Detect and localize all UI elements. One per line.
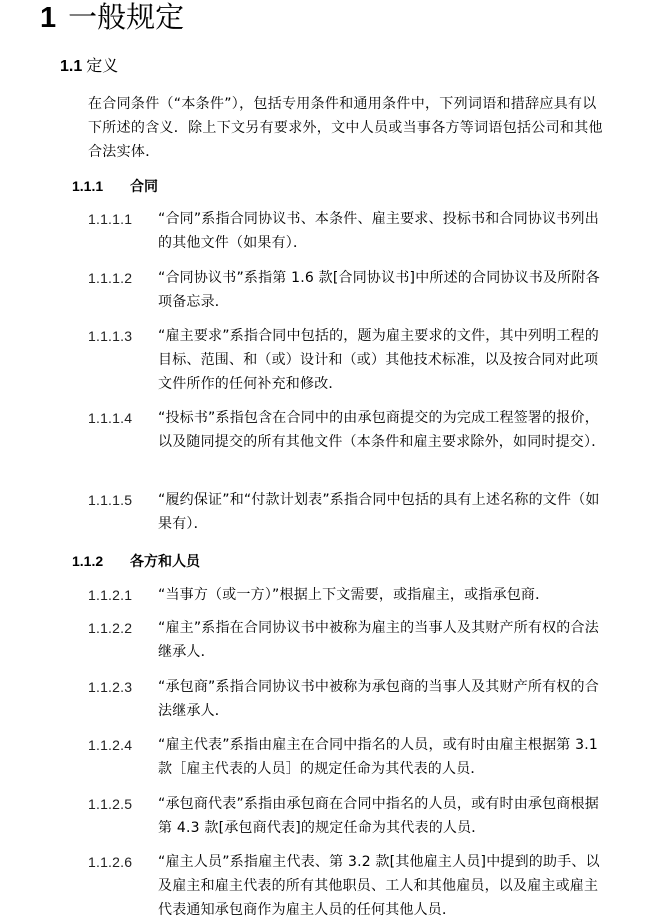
heading-2-title: 定义 (86, 56, 118, 75)
clause-item: 1.1.1.4 “投标书”系指包含在合同中的由承包商提交的为完成工程签署的报价，… (88, 406, 608, 454)
clause-number: 1.1.2.4 (88, 733, 158, 781)
clause-item: 1.1.1.1 “合同”系指合同协议书、本条件、雇主要求、投标书和合同协议书列出… (88, 207, 608, 255)
section-number: 1.1.1 (72, 176, 130, 196)
clause-text: “履约保证”和“付款计划表”系指合同中包括的具有上述名称的文件（如果有）． (158, 488, 608, 536)
clause-number: 1.1.1.5 (88, 488, 158, 536)
heading-1-number: 1 (40, 2, 56, 34)
heading-2-number: 1.1 (60, 58, 82, 75)
clause-number: 1.1.2.5 (88, 792, 158, 840)
clause-text: “承包商代表”系指由承包商在合同中指名的人员，或有时由承包商根据第 4.3 款[… (158, 792, 608, 840)
section-title: 合同 (130, 179, 158, 195)
section-heading-1-1-2: 1.1.2各方和人员 (72, 551, 200, 572)
clause-number: 1.1.1.1 (88, 207, 158, 255)
clause-number: 1.1.1.4 (88, 406, 158, 454)
section-title: 各方和人员 (130, 554, 200, 570)
clause-item: 1.1.1.2 “合同协议书”系指第 1.6 款[合同协议书]中所述的合同协议书… (88, 266, 608, 314)
clause-number: 1.1.1.2 (88, 266, 158, 314)
clause-number: 1.1.2.6 (88, 850, 158, 921)
clause-item: 1.1.2.6 “雇主人员”系指雇主代表、第 3.2 款[其他雇主人员]中提到的… (88, 850, 608, 921)
clause-item: 1.1.2.4 “雇主代表”系指由雇主在合同中指名的人员，或有时由雇主根据第 3… (88, 733, 608, 781)
clause-item: 1.1.2.1 “当事方（或一方）”根据上下文需要，或指雇主，或指承包商． (88, 583, 608, 607)
clause-number: 1.1.1.3 (88, 324, 158, 396)
clause-text: “合同”系指合同协议书、本条件、雇主要求、投标书和合同协议书列出的其他文件（如果… (158, 207, 608, 255)
section-number: 1.1.2 (72, 551, 130, 571)
clause-item: 1.1.1.3 “雇主要求”系指合同中包括的，题为雇主要求的文件，其中列明工程的… (88, 324, 608, 396)
clause-number: 1.1.2.1 (88, 583, 158, 607)
heading-1-title: 一般规定 (68, 0, 184, 34)
heading-2: 1.1定义 (60, 56, 118, 77)
clause-number: 1.1.2.3 (88, 675, 158, 723)
clause-text: “雇主代表”系指由雇主在合同中指名的人员，或有时由雇主根据第 3.1 款［雇主代… (158, 733, 608, 781)
clause-text: “当事方（或一方）”根据上下文需要，或指雇主，或指承包商． (158, 583, 608, 607)
clause-text: “雇主要求”系指合同中包括的，题为雇主要求的文件，其中列明工程的目标、范围、和（… (158, 324, 608, 396)
clause-item: 1.1.2.2 “雇主”系指在合同协议书中被称为雇主的当事人及其财产所有权的合法… (88, 616, 608, 664)
section-heading-1-1-1: 1.1.1合同 (72, 176, 158, 197)
clause-item: 1.1.1.5 “履约保证”和“付款计划表”系指合同中包括的具有上述名称的文件（… (88, 488, 608, 536)
heading-1: 1一般规定 (40, 0, 184, 35)
clause-text: “雇主人员”系指雇主代表、第 3.2 款[其他雇主人员]中提到的助手、以及雇主和… (158, 850, 608, 921)
clause-text: “雇主”系指在合同协议书中被称为雇主的当事人及其财产所有权的合法继承人． (158, 616, 608, 664)
clause-text: “承包商”系指合同协议书中被称为承包商的当事人及其财产所有权的合法继承人． (158, 675, 608, 723)
intro-paragraph: 在合同条件（“本条件”），包括专用条件和通用条件中，下列词语和措辞应具有以下所述… (88, 92, 608, 164)
clause-text: “合同协议书”系指第 1.6 款[合同协议书]中所述的合同协议书及所附各项备忘录… (158, 266, 608, 314)
clause-text: “投标书”系指包含在合同中的由承包商提交的为完成工程签署的报价，以及随同提交的所… (158, 406, 608, 454)
clause-item: 1.1.2.3 “承包商”系指合同协议书中被称为承包商的当事人及其财产所有权的合… (88, 675, 608, 723)
clause-item: 1.1.2.5 “承包商代表”系指由承包商在合同中指名的人员，或有时由承包商根据… (88, 792, 608, 840)
clause-number: 1.1.2.2 (88, 616, 158, 664)
